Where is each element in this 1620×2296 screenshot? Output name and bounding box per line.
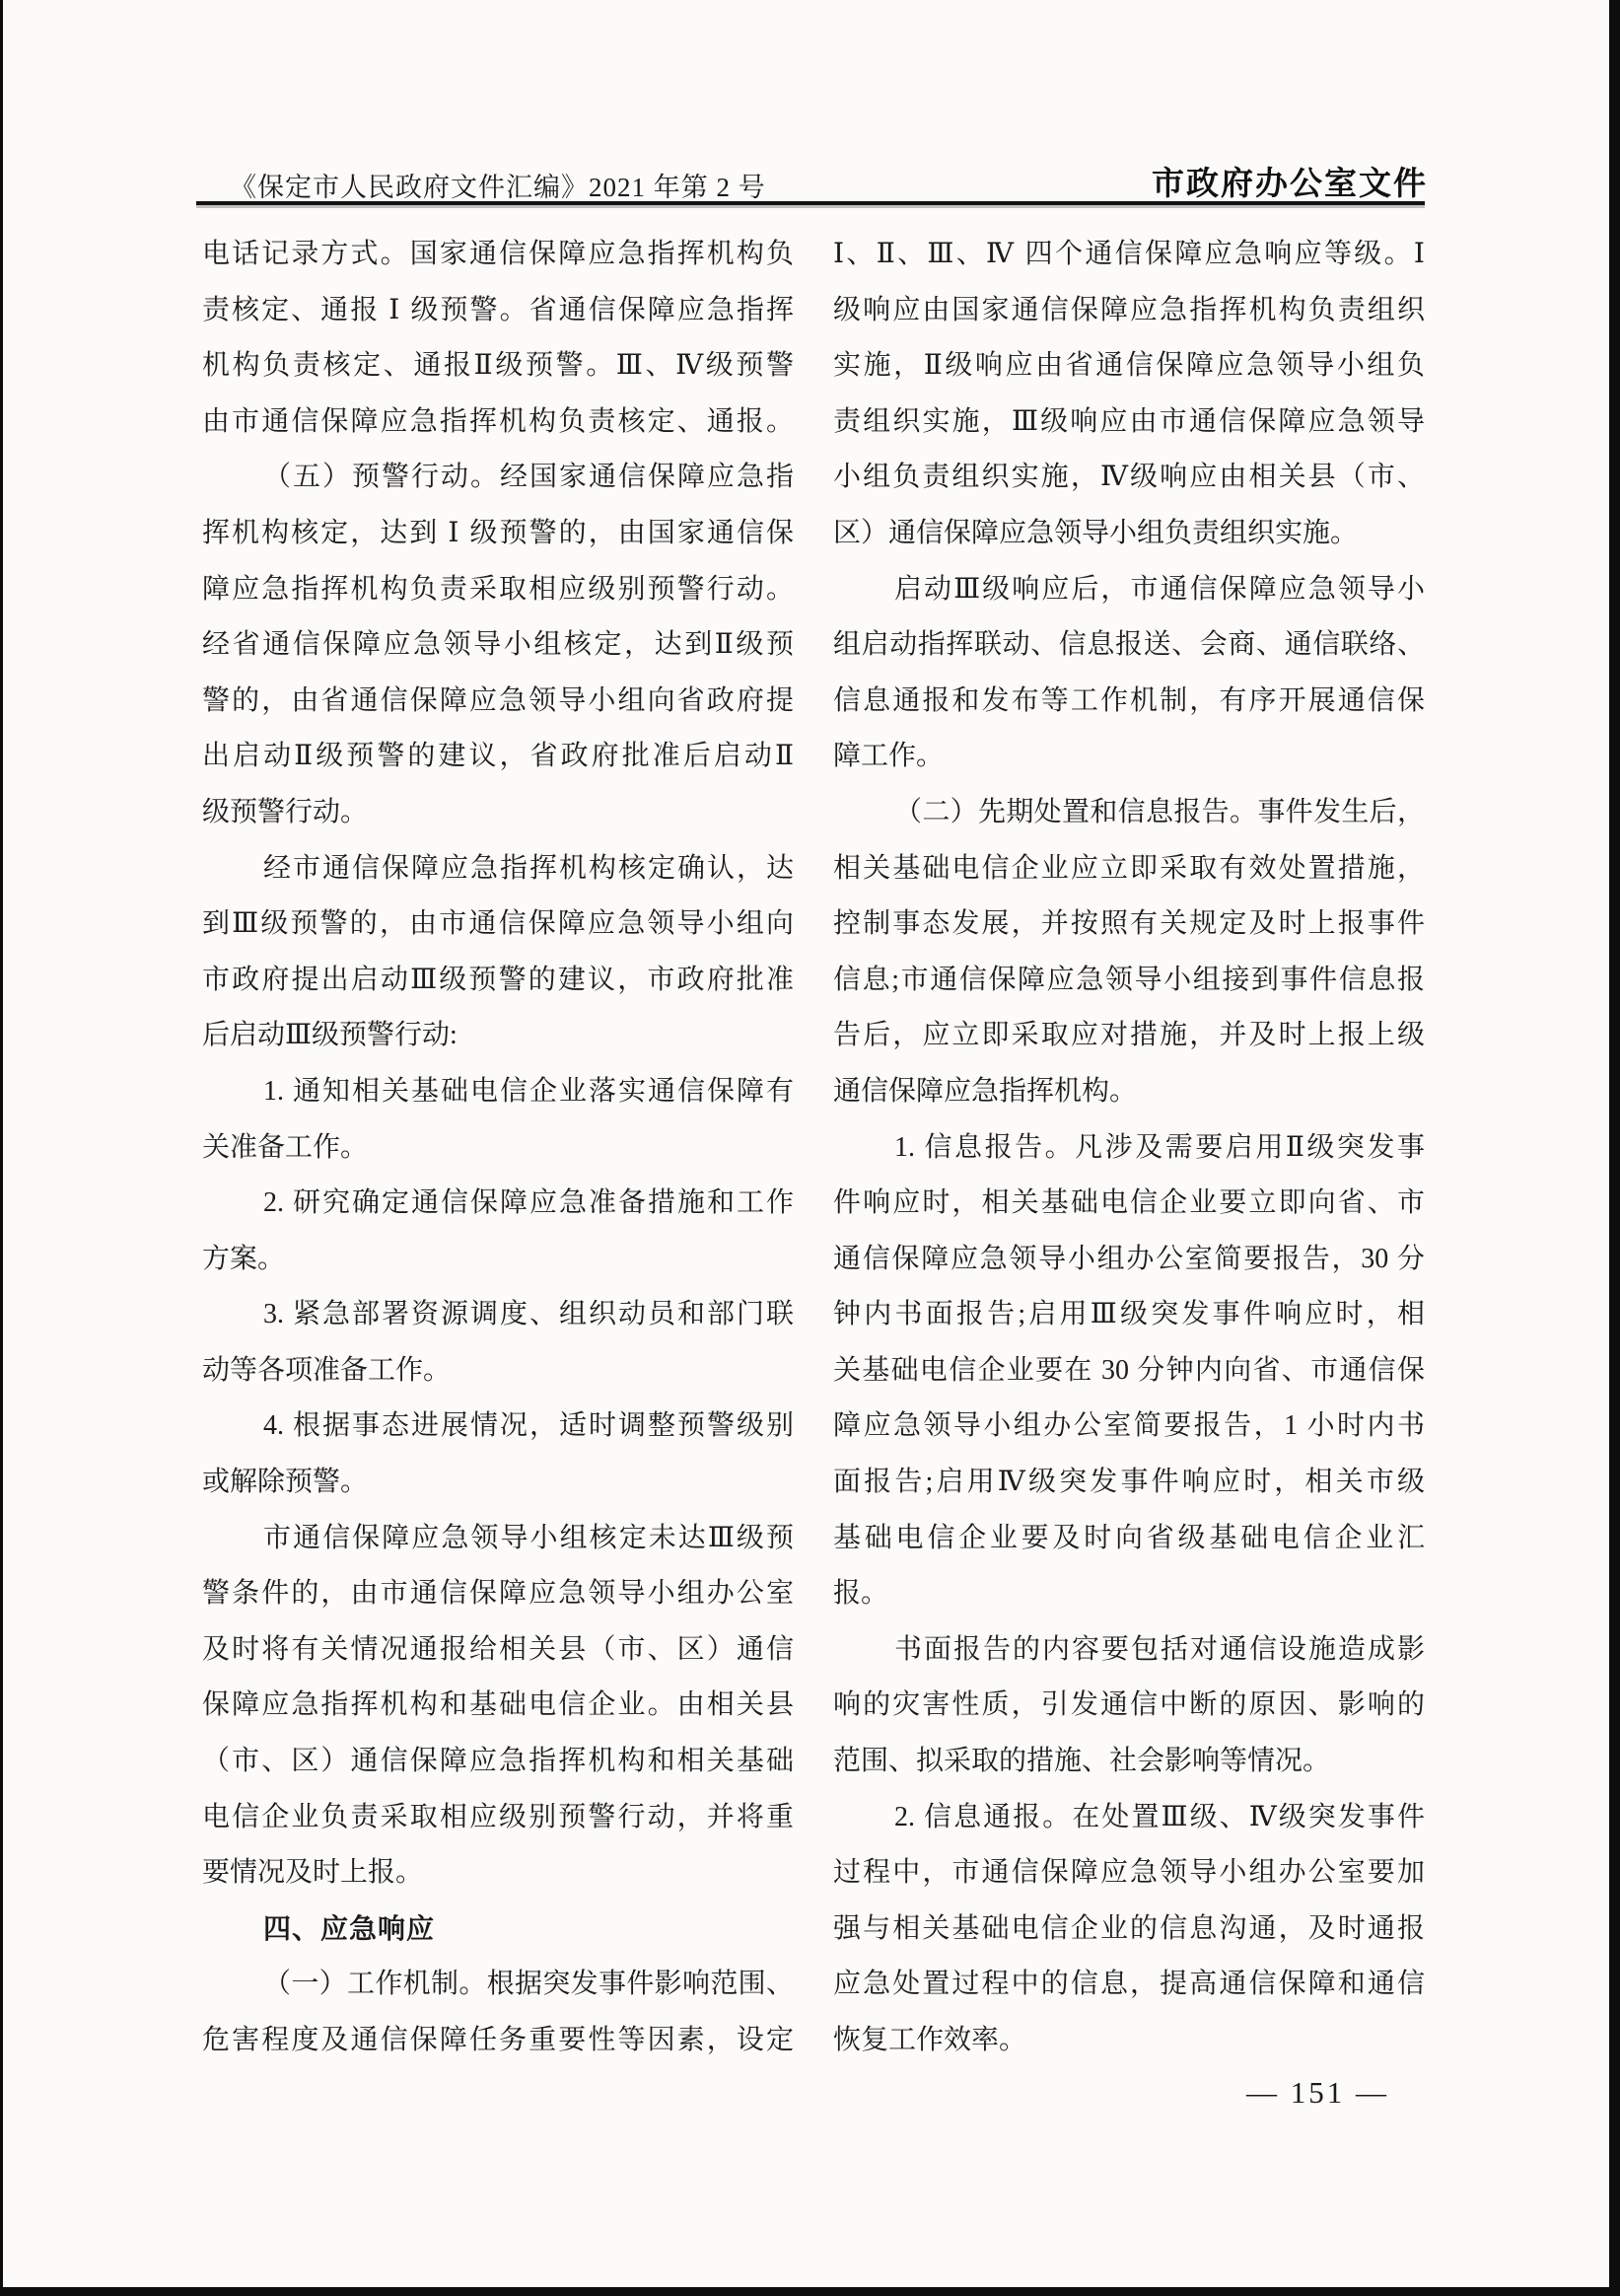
text-line: 后启动Ⅲ级预警行动: [202, 1008, 794, 1064]
text-line: 市通信保障应急领导小组核定未达Ⅲ级预 [202, 1511, 794, 1567]
text-line: 由市通信保障应急指挥机构负责核定、通报。 [202, 395, 794, 451]
text-line: 报。 [833, 1566, 1425, 1622]
text-line: 电信企业负责采取相应级别预警行动，并将重 [202, 1790, 794, 1846]
text-line: （一）工作机制。根据突发事件影响范围、 [202, 1957, 794, 2013]
text-line: 保障应急指挥机构和基础电信企业。由相关县 [202, 1678, 794, 1734]
text-line: （市、区）通信保障应急指挥机构和相关基础 [202, 1734, 794, 1790]
text-line: 书面报告的内容要包括对通信设施造成影 [833, 1622, 1425, 1679]
text-line: 挥机构核定，达到 Ⅰ 级预警的，由国家通信保 [202, 506, 794, 562]
text-line: 面报告;启用Ⅳ级突发事件响应时，相关市级 [833, 1455, 1425, 1511]
text-line: 基础电信企业要及时向省级基础电信企业汇 [833, 1511, 1425, 1567]
text-line: 通信保障应急领导小组办公室简要报告，30 分 [833, 1232, 1425, 1288]
text-line: 控制事态发展，并按照有关规定及时上报事件 [833, 897, 1425, 953]
text-line: 警的，由省通信保障应急领导小组向省政府提 [202, 674, 794, 730]
text-line: 关准备工作。 [202, 1120, 794, 1177]
text-line: 市政府提出启动Ⅲ级预警的建议，市政府批准 [202, 953, 794, 1009]
text-line: 通信保障应急指挥机构。 [833, 1064, 1425, 1120]
text-line: 责核定、通报 Ⅰ 级预警。省通信保障应急指挥 [202, 283, 794, 339]
text-line: 关基础电信企业要在 30 分钟内向省、市通信保 [833, 1343, 1425, 1399]
text-line: 警条件的，由市通信保障应急领导小组办公室 [202, 1566, 794, 1622]
text-line: 1. 通知相关基础电信企业落实通信保障有 [202, 1064, 794, 1120]
text-line: 强与相关基础电信企业的信息沟通，及时通报 [833, 1901, 1425, 1958]
text-line: 到Ⅲ级预警的，由市通信保障应急领导小组向 [202, 897, 794, 953]
text-line: 障应急指挥机构负责采取相应级别预警行动。 [202, 562, 794, 618]
text-line: 恢复工作效率。 [833, 2013, 1425, 2069]
text-line: 过程中，市通信保障应急领导小组办公室要加 [833, 1845, 1425, 1901]
text-line: 障应急领导小组办公室简要报告，1 小时内书 [833, 1399, 1425, 1455]
text-line: 小组负责组织实施，Ⅳ级响应由相关县（市、 [833, 450, 1425, 506]
text-line: 启动Ⅲ级响应后，市通信保障应急领导小 [833, 562, 1425, 618]
text-line: 实施，Ⅱ级响应由省通信保障应急领导小组负 [833, 338, 1425, 395]
scan-edge-bottom [0, 2287, 1620, 2296]
text-line: 2. 信息通报。在处置Ⅲ级、Ⅳ级突发事件 [833, 1790, 1425, 1846]
text-line: 2. 研究确定通信保障应急准备措施和工作 [202, 1176, 794, 1232]
section-heading-line: 四、应急响应 [202, 1901, 794, 1958]
text-line: 危害程度及通信保障任务重要性等因素，设定 [202, 2013, 794, 2069]
text-line: 动等各项准备工作。 [202, 1343, 794, 1399]
scan-edge-left [0, 0, 3, 2296]
text-line: 组启动指挥联动、信息报送、会商、通信联络、 [833, 617, 1425, 674]
text-line: （二）先期处置和信息报告。事件发生后， [833, 785, 1425, 841]
text-column-left: 电话记录方式。国家通信保障应急指挥机构负责核定、通报 Ⅰ 级预警。省通信保障应急… [202, 227, 794, 2069]
text-line: 4. 根据事态进展情况，适时调整预警级别 [202, 1399, 794, 1455]
text-line: 机构负责核定、通报Ⅱ级预警。Ⅲ、Ⅳ级预警 [202, 338, 794, 395]
text-line: 责组织实施，Ⅲ级响应由市通信保障应急领导 [833, 395, 1425, 451]
text-line: 1. 信息报告。凡涉及需要启用Ⅱ级突发事 [833, 1120, 1425, 1177]
text-line: 3. 紧急部署资源调度、组织动员和部门联 [202, 1287, 794, 1343]
text-line: 要情况及时上报。 [202, 1845, 794, 1901]
text-line: 方案。 [202, 1232, 794, 1288]
text-line: 信息;市通信保障应急领导小组接到事件信息报 [833, 953, 1425, 1009]
text-line: Ⅰ、Ⅱ、Ⅲ、Ⅳ 四个通信保障应急响应等级。Ⅰ [833, 227, 1425, 283]
text-line: 区）通信保障应急领导小组负责组织实施。 [833, 506, 1425, 562]
text-line: 响的灾害性质，引发通信中断的原因、影响的 [833, 1678, 1425, 1734]
text-line: 障工作。 [833, 729, 1425, 785]
header-compilation-title: 《保定市人民政府文件汇编》2021 年第 2 号 [230, 166, 766, 204]
text-line: 范围、拟采取的措施、社会影响等情况。 [833, 1734, 1425, 1790]
page-number: — 151 — [1246, 2075, 1389, 2111]
text-line: 及时将有关情况通报给相关县（市、区）通信 [202, 1622, 794, 1679]
text-column-right: Ⅰ、Ⅱ、Ⅲ、Ⅳ 四个通信保障应急响应等级。Ⅰ级响应由国家通信保障应急指挥机构负责… [833, 227, 1425, 2069]
text-line: 经市通信保障应急指挥机构核定确认，达 [202, 841, 794, 897]
text-line: 信息通报和发布等工作机制，有序开展通信保 [833, 674, 1425, 730]
text-line: 告后，应立即采取应对措施，并及时上报上级 [833, 1008, 1425, 1064]
text-line: 经省通信保障应急领导小组核定，达到Ⅱ级预 [202, 617, 794, 674]
text-line: 电话记录方式。国家通信保障应急指挥机构负 [202, 227, 794, 283]
header-document-category: 市政府办公室文件 [1152, 158, 1424, 204]
text-line: （五）预警行动。经国家通信保障应急指 [202, 450, 794, 506]
text-line: 相关基础电信企业应立即采取有效处置措施， [833, 841, 1425, 897]
text-line: 出启动Ⅱ级预警的建议，省政府批准后启动Ⅱ [202, 729, 794, 785]
header-rule-divider [196, 201, 1425, 205]
text-line: 或解除预警。 [202, 1455, 794, 1511]
text-line: 钟内书面报告;启用Ⅲ级突发事件响应时，相 [833, 1287, 1425, 1343]
scan-edge-right [1609, 0, 1620, 2296]
scanned-document-page: 《保定市人民政府文件汇编》2021 年第 2 号 市政府办公室文件 电话记录方式… [0, 0, 1620, 2296]
text-line: 级预警行动。 [202, 785, 794, 841]
text-line: 件响应时，相关基础电信企业要立即向省、市 [833, 1176, 1425, 1232]
text-line: 应急处置过程中的信息，提高通信保障和通信 [833, 1957, 1425, 2013]
text-line: 级响应由国家通信保障应急指挥机构负责组织 [833, 283, 1425, 339]
